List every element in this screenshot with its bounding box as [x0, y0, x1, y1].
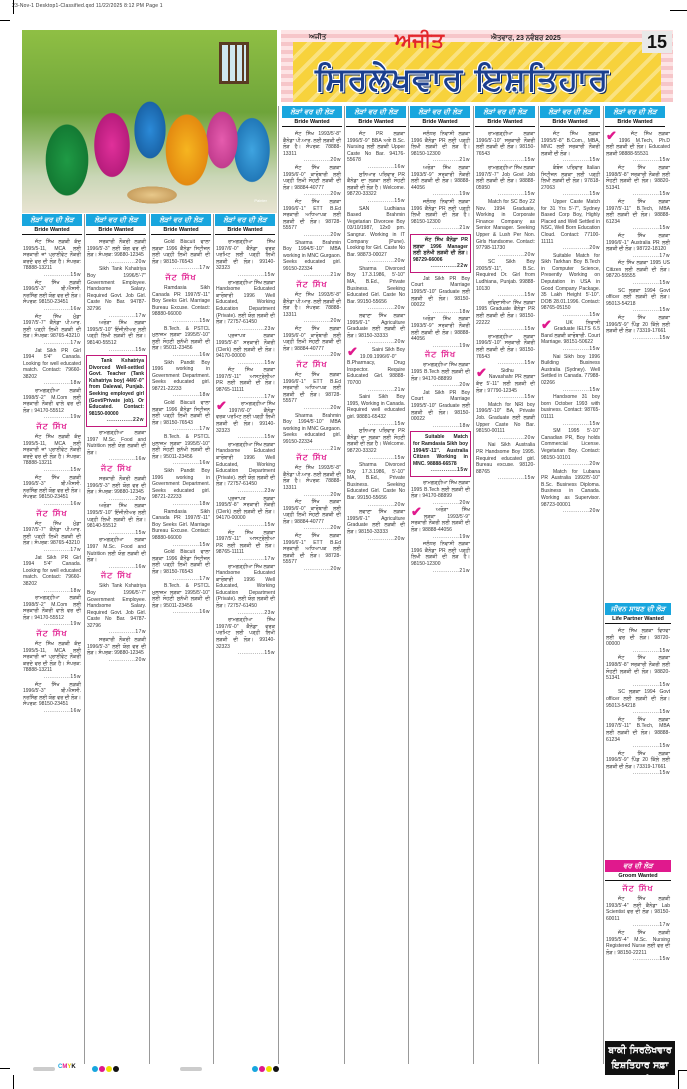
classified-ad: ਅਰੋੜਾ ਸਿੱਖ ਲੜਕਾ 1993/5'-9'' ਸਰਕਾਰੀ ਨੌਕਰੀ… — [410, 315, 471, 349]
classified-ad: ਜੱਟ ਸਿੱਖ ਲੜਕਾ 1996/5'-9'' ਪਿੰਡ 20 ਕਿੱਲੇ … — [605, 750, 671, 777]
illustration-painting: Painter — [22, 30, 277, 213]
ad-column: ਜੱਟ ਸਿੱਖ ਲੜਕਾ ਵਿਧਵਾ ਲਈ ਵਰ ਦੀ ਲੋੜ। 98720-… — [605, 627, 671, 857]
classified-ad: ਜੱਟ ਸਿੱਖ ਲੜਕਾ 1995/5'-8'' B.Com., MBA, M… — [540, 130, 601, 164]
paper-logo: ਅਜੀਤ — [395, 28, 444, 52]
page-number: 15 — [642, 31, 672, 53]
decorative-heading: ਜੱਟ ਸਿੱਖ — [282, 359, 342, 371]
classified-ad: ਰਾਮਗੜ੍ਹੀਆ ਸਿੱਖ ਲੜਕਾ 1997/5'-7'' Job Govt… — [475, 164, 536, 198]
classified-ad: Sharma Divorced Boy 17.3.1986, 5'-10'' M… — [346, 265, 406, 312]
crop-mark — [13, 1075, 14, 1089]
crop-mark — [678, 1070, 687, 1071]
checkmark-icon: ✔ — [606, 131, 617, 140]
classified-ad: ਸਰਕਾਰੀ ਨੌਕਰੀ ਲੜਕੀ 1996/5'-3'' ਲਈ ਯੋਗ ਵਰ … — [86, 475, 147, 502]
color-registration-dots — [252, 1066, 279, 1072]
classified-ad: Sharma Divorced Boy 17.3.1986, 5'-10'' M… — [346, 461, 406, 508]
classified-ad: Ramdasia Sikh Canada PR 1997/5'-11'' Boy… — [151, 508, 211, 549]
classified-ad: ਅਰੋੜਾ ਸਿੱਖ ਲੜਕਾ 1995/5'-10'' ਇੰਜੀਨੀਅਰ ਲਈ… — [86, 502, 147, 536]
classified-ad: ਰਾਮਗੜ੍ਹੀਆ ਸਿੱਖ ਲੜਕਾ 1995 B.Tech ਲਈ ਲੜਕੀ … — [410, 479, 471, 506]
classified-ad: SM 1995 5'-10'' Canadian PR, Boy holds C… — [540, 427, 601, 468]
classified-ad: ਜੱਟ ਸਿੱਖ ਲੜਕਾ 1998/5'-8'' ਸਰਕਾਰੀ ਨੌਕਰੀ ਲ… — [605, 164, 671, 198]
classified-ad: ਪ੍ਰਜਾਪਤ ਲੜਕਾ 1995/5'-8'' ਸਰਕਾਰੀ ਨੌਕਰੀ (C… — [215, 495, 276, 529]
classified-ad: Jat Sikh PR Girl 1994 5'4'' Canada. Look… — [22, 347, 82, 388]
classified-ad: Sikh Tank Kshatriya Boy 1996/5'-7'' Gove… — [86, 265, 147, 319]
classified-ad: ਰਾਮਗੜ੍ਹੀਆ ਲੜਕਾ 1996/5'-10'' ਸਰਕਾਰੀ ਨੌਕਰੀ… — [475, 130, 536, 164]
ad-column: ਜੱਟ ਸਿੱਖ ਜੱਟ ਸਿੱਖ ਲੜਕੀ 1993/5'-4'' ਲਈ ਕੈ… — [605, 883, 671, 1039]
crop-mark — [0, 1068, 10, 1069]
classified-ad: ਜੱਟ ਸਿੱਖ ਲੜਕਾ 1995/6'-0'' ਕਾਰੋਬਾਰੀ ਲਈ ਪੜ… — [282, 164, 342, 198]
classified-ad: ✔ਰਾਮਗੜ੍ਹੀਆ ਸਿੱਖ 1997/6'-0'' ਕੈਨੇਡਾ ਵਰਕ ਪ… — [215, 400, 276, 441]
classified-ad: ਜੱਟ PR ਲੜਕਾ 1996/5'-9'' BBA ਅਤੇ B.Sc. Nu… — [346, 130, 406, 171]
classified-ad: ਰਾਮਗੜ੍ਹੀਆ ਸਿੱਖ 1997/6'-0'' ਕੈਨੇਡਾ ਵਰਕ ਪਰ… — [215, 616, 276, 657]
masthead: ਸਿਰਲੇਖਵਾਰ ਇਸ਼ਤਿਹਾਰ ਅਜੀਤ ਅਜੀਤ ਐਤਵਾਰ, 23 ਨ… — [281, 30, 673, 102]
classified-ad: ਜਲੰਧਰ ਨਿਵਾਸੀ ਲੜਕਾ 1996 ਕੈਨੇਡਾ PR ਲਈ ਪੜ੍ਹ… — [410, 198, 471, 232]
classified-ad: ਜੱਟ ਸਿੱਖ 1993/5'-8'' ਕੈਨੇਡਾ ਪੀ.ਆਰ. ਲਈ ਲੜ… — [282, 130, 342, 164]
classified-ad: Jat Sikh PR Boy Court Marriage 1995/5'-1… — [410, 389, 471, 430]
classified-ad: ਸਰਕਾਰੀ ਨੌਕਰੀ ਲੜਕੀ 1996/5'-3'' ਲਈ ਯੋਗ ਵਰ … — [86, 238, 147, 265]
paper-name-small: ਅਜੀਤ — [309, 34, 326, 42]
crop-mark — [0, 20, 10, 21]
column-header-life-partner: ਜੀਵਨ ਸਾਥਣ ਦੀ ਲੋੜ Life Partner Wanted — [605, 603, 671, 625]
classified-ad: ਪ੍ਰਜਾਪਤ ਲੜਕਾ 1995/5'-8'' ਸਰਕਾਰੀ ਨੌਕਰੀ (C… — [215, 332, 276, 366]
column-header: ਲੋੜਾਂ ਵਰ ਦੀ ਲੋੜ Bride Wanted — [215, 214, 275, 236]
classified-ad: ਜੱਟ ਸਿੱਖ 1993/5'-8'' ਕੈਨੇਡਾ ਪੀ.ਆਰ. ਲਈ ਲੜ… — [282, 464, 342, 498]
crop-mark — [670, 10, 687, 11]
classified-ad: ਕੰਬੋਜ ਪਰਿਵਾਰ Italian ਸਿਟੀਜ਼ਨ ਲੜਕਾ ਲਈ ਪੜ੍… — [540, 164, 601, 198]
classified-ad: Sharma Brahmin Boy 1994/5'-10'' MBA work… — [282, 239, 342, 280]
classified-ad: B.Tech. & PSTCL ਮੁਲਾਜ਼ਮ ਲੜਕਾ 1995/5'-10'… — [151, 582, 211, 616]
ad-column: ਜੱਟ PR ਲੜਕਾ 1996/5'-9'' BBA ਅਤੇ B.Sc. Nu… — [346, 130, 406, 1064]
classified-ad: ਲਵਾਣਾ ਸਿੱਖ ਲੜਕਾ 1995/6'-1'' Agriculture … — [346, 312, 406, 346]
classified-ad: B.Tech. & PSTCL ਮੁਲਾਜ਼ਮ ਲੜਕਾ 1995/5'-10'… — [151, 325, 211, 359]
print-grey-bar — [33, 1067, 55, 1071]
classified-ad: ਰਾਮਗੜ੍ਹੀਆ ਲੜਕਾ 1996/5'-10'' ਸਰਕਾਰੀ ਨੌਕਰੀ… — [475, 333, 536, 367]
classified-ad: ਜੱਟ ਸਿੱਖ ਲੜਕਾ 1997/5'-11'' ਆਸਟ੍ਰੇਲੀਆ PR … — [215, 366, 276, 400]
classified-ad: ਜੱਟ ਸਿੱਖ ਲੜਕਾ 1995/6'-0'' ਕਾਰੋਬਾਰੀ ਲਈ ਪੜ… — [282, 325, 342, 359]
crop-mark — [678, 1070, 679, 1089]
checkmark-icon: ✔ — [216, 401, 227, 410]
classified-ad: ਰਾਮਗੜ੍ਹੀਆ ਸਿੱਖ 1997/6'-0'' ਕੈਨੇਡਾ ਵਰਕ ਪਰ… — [215, 238, 276, 279]
column-header: ਲੋੜਾਂ ਵਰ ਦੀ ਲੋੜ Bride Wanted — [151, 214, 211, 236]
ad-column: Gold Biscuit ਵਾਲਾ ਲੜਕਾ 1996 ਕੈਨੇਡਾ ਸਿਟੀਜ… — [151, 238, 211, 1064]
classified-ad: ਜੱਟ ਸਿੱਖ ਲੜਕੀ ਕੱਦ 1995/5-11, MCA ਲਈ ਸਰਕਾ… — [22, 433, 82, 474]
classified-ad: ਜੱਟ ਸਿੱਖ ਲੜਕਾ 1996/5'-9'' ਪਿੰਡ 20 ਕਿੱਲੇ … — [605, 314, 671, 341]
ad-column: ਰਾਮਗੜ੍ਹੀਆ ਸਿੱਖ 1997/6'-0'' ਕੈਨੇਡਾ ਵਰਕ ਪਰ… — [215, 238, 276, 1064]
classified-ad: SC ਲੜਕਾ 1994 Govt officer ਲਈ ਲੜਕੀ ਦੀ ਲੋੜ… — [605, 287, 671, 314]
painting-signature: Painter — [254, 198, 267, 203]
classified-ad: ਰਾਮਗੜ੍ਹੀਆ ਸਿੱਖ ਲੜਕਾ Handsome Educated ਕਾ… — [215, 279, 276, 333]
column-header: ਲੋੜਾਂ ਵਰ ਦੀ ਲੋੜ Bride Wanted — [86, 214, 146, 236]
classified-ad: ਰਾਮਗੜ੍ਹੀਆ ਲੜਕੀ 1998/5'-2'' M.Com ਲਈ ਸਰਕਾ… — [22, 594, 82, 628]
classified-ad: Sharma Brahmin Boy 1994/5'-10'' MBA work… — [282, 412, 342, 453]
classified-ad: ਜੱਟ ਸਿੱਖ ਮੁੰਡਾ 1997/5'-7'' ਕੈਨੇਡਾ ਪੀ.ਆਰ.… — [22, 520, 82, 554]
classified-ad: Sikh Pandit Boy 1996 working in Governme… — [151, 467, 211, 508]
classified-ad: Sikh Tank Kshatriya Boy 1996/5'-7'' Gove… — [86, 582, 147, 636]
cmyk-label: CMYK — [58, 1064, 76, 1070]
boxed-classified-ad: Tank Kshatriya Divorced Well-settled Gov… — [86, 355, 147, 427]
continued-on-page-16-box: ਬਾਕੀ ਸਿਰਲੇਖਵਾਰ ਇਸ਼ਤਿਹਾਰ ਸਫ਼ਾ 16 ਤੇ — [605, 1041, 675, 1075]
decorative-heading: ਜੱਟ ਸਿੱਖ — [22, 508, 82, 520]
decorative-heading: ਜੱਟ ਸਿੱਖ — [22, 628, 82, 640]
classified-ad: ਸਰਕਾਰੀ ਨੌਕਰੀ ਲੜਕੀ 1996/5'-3'' ਲਈ ਯੋਗ ਵਰ … — [86, 636, 147, 663]
classified-ad: ਜਲੰਧਰ ਨਿਵਾਸੀ ਲੜਕਾ 1996 ਕੈਨੇਡਾ PR ਲਈ ਪੜ੍ਹ… — [410, 130, 471, 164]
classified-ad: ✔ਜੱਟ ਸਿੱਖ ਲੜਕਾ 1996 M.Tech, Ph.D ਲਈ ਲੜਕੀ… — [605, 130, 671, 164]
classified-ad: SC ਲੜਕਾ 1994 Govt officer ਲਈ ਲੜਕੀ ਦੀ ਲੋੜ… — [605, 688, 671, 715]
classified-ad: ✔ਅਰੋੜਾ ਸਿੱਖ ਲੜਕਾ 1993/5'-9'' ਸਰਕਾਰੀ ਨੌਕਰ… — [410, 506, 471, 540]
classified-ad: ਸੁਨਿਆਰ ਪਰਿਵਾਰ PR ਕੈਨੇਡਾ ਦਾ ਲੜਕਾ ਲਈ ਸੋਹਣੀ… — [346, 427, 406, 461]
classified-ad: Upper Caste Match for 31 Yrs 5'-7'', Syd… — [540, 198, 601, 252]
ad-column: ਸਰਕਾਰੀ ਨੌਕਰੀ ਲੜਕੀ 1996/5'-3'' ਲਈ ਯੋਗ ਵਰ … — [86, 238, 147, 1064]
boxed-classified-ad: ਜੱਟ ਸਿੱਖ ਕੈਨੇਡਾ PR ਲੜਕਾ 1996 Manager ਲਈ … — [410, 234, 471, 273]
ad-column: ਜਲੰਧਰ ਨਿਵਾਸੀ ਲੜਕਾ 1996 ਕੈਨੇਡਾ PR ਲਈ ਪੜ੍ਹ… — [410, 130, 471, 1064]
decorative-heading: ਜੱਟ ਸਿੱਖ — [151, 272, 211, 284]
classified-ad: Match for NRI boy 1996/5'-10'' BA, Priva… — [475, 401, 536, 442]
print-slug: 23-Nov-1 Desktop1-Classified.qxd 11/22/2… — [12, 3, 163, 9]
classified-ad: ਜੱਟ ਸਿੱਖ ਲੜਕੀ 1995/5'-4'' M.Sc. Nursing … — [605, 929, 671, 963]
decorative-heading: ਜੱਟ ਸਿੱਖ — [282, 279, 342, 291]
classified-ad: Nai Sikh boy 1996 Building Business Aust… — [540, 353, 601, 394]
classified-ad: Saini Sikh Boy 1995, Working in Canada. … — [346, 393, 406, 427]
classified-ad: ਅਰੋੜਾ ਸਿੱਖ ਲੜਕਾ 1993/5'-9'' ਸਰਕਾਰੀ ਨੌਕਰੀ… — [410, 164, 471, 198]
classified-ad: ਸੁਨਿਆਰ ਪਰਿਵਾਰ PR ਕੈਨੇਡਾ ਦਾ ਲੜਕਾ ਲਈ ਸੋਹਣੀ… — [346, 171, 406, 205]
classified-ad: ਰਾਮਗੜ੍ਹੀਆ ਲੜਕਾ 1997 M.Sc. Food and Nutri… — [86, 536, 147, 570]
classified-ad: Gold Biscuit ਵਾਲਾ ਲੜਕਾ 1996 ਕੈਨੇਡਾ ਸਿਟੀਜ… — [151, 238, 211, 272]
color-registration-dots — [92, 1066, 119, 1072]
classified-ad: ਜੱਟ ਸਿੱਖ ਲੜਕਾ 1995 US Citizen ਲਈ ਲੜਕੀ ਦੀ… — [605, 259, 671, 286]
ad-column: ਰਾਮਗੜ੍ਹੀਆ ਲੜਕਾ 1996/5'-10'' ਸਰਕਾਰੀ ਨੌਕਰੀ… — [475, 130, 536, 1064]
classified-ad: Gold Biscuit ਵਾਲਾ ਲੜਕਾ 1996 ਕੈਨੇਡਾ ਸਿਟੀਜ… — [151, 399, 211, 433]
decorative-heading: ਜੱਟ ਸਿੱਖ — [86, 463, 147, 475]
classified-ad: Gold Biscuit ਵਾਲਾ ਲੜਕਾ 1996 ਕੈਨੇਡਾ ਸਿਟੀਜ… — [151, 548, 211, 582]
ad-column: ✔ਜੱਟ ਸਿੱਖ ਲੜਕਾ 1996 M.Tech, Ph.D ਲਈ ਲੜਕੀ… — [605, 130, 671, 600]
classified-ad: Jat Sikh PR Boy Court Marriage 1995/5'-1… — [410, 275, 471, 316]
classified-ad: ਰਵਿਦਾਸੀਆ ਸਿੱਖ ਲੜਕਾ 1995 Graduate ਕੈਨੇਡਾ … — [475, 299, 536, 333]
classified-ad: ਜੱਟ ਸਿੱਖ ਲੜਕੀ 1996/5'-3'' ਬੀ.ਐਸਸੀ. ਨਰਸਿੰ… — [22, 279, 82, 313]
column-header: ਲੋੜਾਂ ਵਰ ਦੀ ਲੋੜ Bride Wanted — [346, 106, 406, 128]
checkmark-icon: ✔ — [347, 347, 358, 356]
decorative-heading: ਜੱਟ ਸਿੱਖ — [86, 570, 147, 582]
classified-ad: ਜੱਟ ਸਿੱਖ ਲੜਕਾ 1995/6'-0'' ਕਾਰੋਬਾਰੀ ਲਈ ਪੜ… — [282, 498, 342, 532]
classified-ad: Handsome 31 boy born October 1993 with b… — [540, 393, 601, 427]
painting-window — [219, 42, 249, 84]
classified-ad: ਅਰੋੜਾ ਸਿੱਖ ਲੜਕਾ 1995/5'-10'' ਇੰਜੀਨੀਅਰ ਲਈ… — [86, 319, 147, 353]
classified-ad: ਜੱਟ ਸਿੱਖ ਲੜਕੀ 1996/5'-3'' ਬੀ.ਐਸਸੀ. ਨਰਸਿੰ… — [22, 681, 82, 715]
classified-ad: ਜੱਟ ਸਿੱਖ ਲੜਕੀ ਕੱਦ 1995/5-11, MCA ਲਈ ਸਰਕਾ… — [22, 238, 82, 279]
classified-ad: ਜੱਟ ਸਿੱਖ ਲੜਕਾ ਵਿਧਵਾ ਲਈ ਵਰ ਦੀ ਲੋੜ। 98720-… — [605, 627, 671, 654]
classified-ad: ਰਾਮਗੜ੍ਹੀਆ ਲੜਕੀ 1998/5'-2'' M.Com ਲਈ ਸਰਕਾ… — [22, 387, 82, 421]
decorative-heading: ਜੱਟ ਸਿੱਖ — [410, 349, 471, 361]
ad-column: ਜੱਟ ਸਿੱਖ 1993/5'-8'' ਕੈਨੇਡਾ ਪੀ.ਆਰ. ਲਈ ਲੜ… — [282, 130, 342, 1064]
issue-date: ਐਤਵਾਰ, 23 ਨਵੰਬਰ 2025 — [491, 35, 561, 43]
classified-ad: ਜੱਟ ਸਿੱਖ ਲੜਕੀ 1996/5'-3'' ਬੀ.ਐਸਸੀ. ਨਰਸਿੰ… — [22, 474, 82, 508]
column-header: ਲੋੜਾਂ ਵਰ ਦੀ ਲੋੜ Bride Wanted — [22, 214, 82, 236]
column-header: ਲੋੜਾਂ ਵਰ ਦੀ ਲੋੜ Bride Wanted — [540, 106, 600, 128]
column-header: ਲੋੜਾਂ ਵਰ ਦੀ ਲੋੜ Bride Wanted — [475, 106, 535, 128]
classified-ad: ਜੱਟ ਸਿੱਖ ਲੜਕਾ 1996/6'-1'' ETT B.Ed ਸਰਕਾਰ… — [282, 532, 342, 573]
classified-ad: ਜੱਟ ਸਿੱਖ ਲੜਕਾ 1997/5'-11'' ਆਸਟ੍ਰੇਲੀਆ PR … — [215, 529, 276, 563]
column-header: ਲੋੜਾਂ ਵਰ ਦੀ ਲੋੜ Bride Wanted — [410, 106, 470, 128]
classified-ad: Sikh Pandit Boy 1996 working in Governme… — [151, 359, 211, 400]
classified-ad: ਜੱਟ ਸਿੱਖ ਲੜਕੀ ਕੱਦ 1995/5-11, MCA ਲਈ ਸਰਕਾ… — [22, 640, 82, 681]
classified-ad: ਲਵਾਣਾ ਸਿੱਖ ਲੜਕਾ 1995/6'-1'' Agriculture … — [346, 508, 406, 542]
print-grey-bar — [180, 1067, 202, 1071]
crop-mark — [13, 0, 14, 14]
checkmark-icon: ✔ — [541, 320, 552, 329]
classified-ad: ✔UK ਨਿਵਾਸੀ Graduate IELTS 6.5 Band ਲੜਕੀ … — [540, 319, 601, 353]
checkmark-icon: ✔ — [411, 507, 422, 516]
classified-ad: ਰਾਮਗੜ੍ਹੀਆ ਲੜਕਾ 1997 M.Sc. Food and Nutri… — [86, 429, 147, 463]
classified-ad: ਜੱਟ ਸਿੱਖ ਲੜਕਾ 1996/6'-1'' Australia PR ਲ… — [605, 232, 671, 259]
classified-ad: ਜੱਟ ਸਿੱਖ ਲੜਕਾ 1997/5'-11'' B.Tech, MBA ਲ… — [605, 198, 671, 232]
classified-ad: SC Sikh Boy 2005/5'-11'', B.Sc. Required… — [475, 258, 536, 299]
ad-column: ਜੱਟ ਸਿੱਖ ਲੜਕਾ 1995/5'-8'' B.Com., MBA, M… — [540, 130, 601, 1064]
checkmark-icon: ✔ — [476, 368, 487, 377]
classified-ad: Match for SC Boy 22 Nov. 1994 Graduate, … — [475, 198, 536, 258]
classified-ad: ਜੱਟ ਸਿੱਖ ਲੜਕਾ 1997/5'-11'' B.Tech, MBA ਲ… — [605, 716, 671, 750]
classified-ad: ਰਾਮਗੜ੍ਹੀਆ ਸਿੱਖ ਲੜਕਾ Handsome Educated ਕਾ… — [215, 441, 276, 495]
classified-ad: B.Tech. & PSTCL ਮੁਲਾਜ਼ਮ ਲੜਕਾ 1995/5'-10'… — [151, 433, 211, 467]
classified-ad: ਜੱਟ ਸਿੱਖ ਲੜਕੀ 1993/5'-4'' ਲਈ ਕੈਨੇਡਾ Lab … — [605, 895, 671, 929]
masthead-banner: ਸਿਰਲੇਖਵਾਰ ਇਸ਼ਤਿਹਾਰ — [293, 42, 661, 102]
classified-ad: Suitable Match for Sikh Tarkhan Boy B.Te… — [540, 252, 601, 319]
decorative-heading: ਜੱਟ ਸਿੱਖ — [22, 421, 82, 433]
classified-ad: SAN Ludhiana Based Brahmin Vegetarian Di… — [346, 205, 406, 265]
boxed-classified-ad: Suitable Match for Ramdasia Sikh boy 199… — [410, 431, 471, 477]
classified-ad: Jat Sikh PR Girl 1994 5'4'' Canada. Look… — [22, 554, 82, 595]
classified-ad: Match for Lubana PR Australia 1992/5'-10… — [540, 468, 601, 515]
classified-ad: ਜੱਟ ਸਿੱਖ ਮੁੰਡਾ 1997/5'-7'' ਕੈਨੇਡਾ ਪੀ.ਆਰ.… — [22, 313, 82, 347]
column-header: ਲੋੜਾਂ ਵਰ ਦੀ ਲੋੜ Bride Wanted — [282, 106, 342, 128]
classified-ad: ਜੱਟ ਸਿੱਖ ਲੜਕਾ 1996/6'-1'' ETT B.Ed ਸਰਕਾਰ… — [282, 198, 342, 239]
classified-ad: Ramdasia Sikh Canada PR 1997/5'-11'' Boy… — [151, 284, 211, 325]
classified-ad: ✔Saini Sikh Boy 19.09.1996/6'-0'' B.Phar… — [346, 346, 406, 393]
decorative-heading: ਜੱਟ ਸਿੱਖ — [282, 452, 342, 464]
classified-ad: ✔Sidhu Navashahr PR ਲੜਕਾ ਕੱਦ 5'-11'' ਲਈ … — [475, 367, 536, 401]
classified-ad: ਜੱਟ ਸਿੱਖ ਲੜਕਾ 1996/6'-1'' ETT B.Ed ਸਰਕਾਰ… — [282, 371, 342, 412]
column-header-groom: ਵਰ ਦੀ ਲੋੜ Groom Wanted — [605, 860, 671, 882]
ad-column: ਜੱਟ ਸਿੱਖ ਲੜਕੀ ਕੱਦ 1995/5-11, MCA ਲਈ ਸਰਕਾ… — [22, 238, 82, 1064]
column-header: ਲੋੜਾਂ ਵਰ ਦੀ ਲੋੜ Bride Wanted — [605, 106, 665, 128]
classified-ad: ਰਾਮਗੜ੍ਹੀਆ ਸਿੱਖ ਲੜਕਾ 1995 B.Tech ਲਈ ਲੜਕੀ … — [410, 361, 471, 388]
decorative-heading: ਜੱਟ ਸਿੱਖ — [605, 883, 671, 895]
section-title: ਸਿਰਲੇਖਵਾਰ ਇਸ਼ਤਿਹਾਰ — [315, 60, 609, 99]
classified-ad: Nai Sikh Australia PR Handsome Boy 1995.… — [475, 441, 536, 482]
classified-ad: ਜੱਟ ਸਿੱਖ 1993/5'-8'' ਕੈਨੇਡਾ ਪੀ.ਆਰ. ਲਈ ਲੜ… — [282, 291, 342, 325]
classified-ad: ਜੱਟ ਸਿੱਖ ਲੜਕਾ 1998/5'-8'' ਸਰਕਾਰੀ ਨੌਕਰੀ ਲ… — [605, 654, 671, 688]
classified-ad: ਰਾਮਗੜ੍ਹੀਆ ਸਿੱਖ ਲੜਕਾ Handsome Educated ਕਾ… — [215, 563, 276, 617]
classified-ad: ਜਲੰਧਰ ਨਿਵਾਸੀ ਲੜਕਾ 1996 ਕੈਨੇਡਾ PR ਲਈ ਪੜ੍ਹ… — [410, 540, 471, 574]
